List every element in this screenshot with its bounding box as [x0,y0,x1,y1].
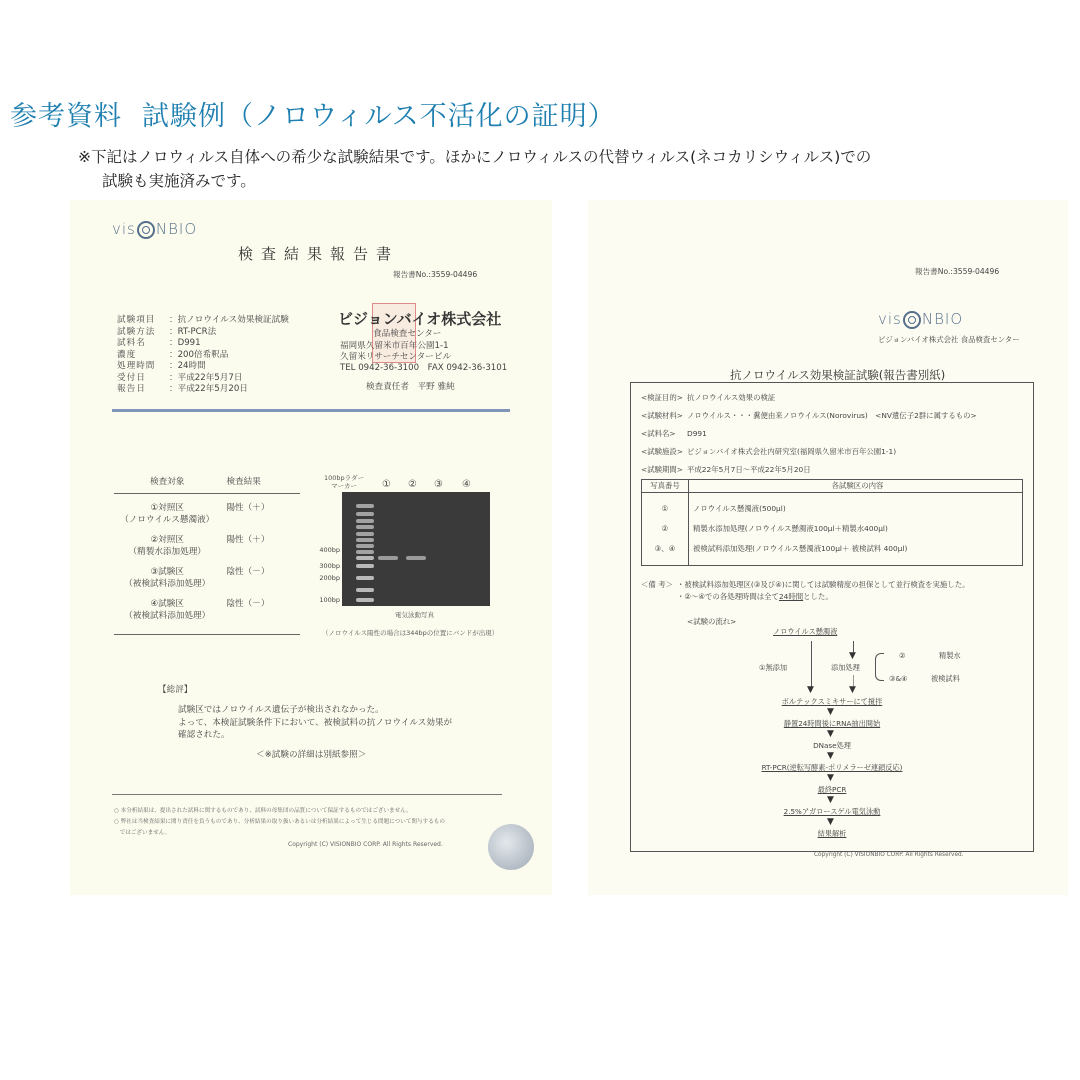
summary-heading: 【総評】 [158,684,192,697]
arrow-down-icon: ▼ [827,817,834,827]
lane-label: ① [382,479,391,490]
ladder-band [356,538,374,542]
table-row: ②対照区（精製水添加処理）陽性（＋） [114,534,300,558]
info-key: <試験施設> [641,443,687,461]
field-key: 報告日 [117,384,169,396]
photo-no: ① [642,499,689,519]
remarks-label: ＜備 考＞ [641,579,677,591]
field-value: ：200倍希釈品 [169,350,228,360]
row-result: 陰性（－） [220,598,300,622]
table-bottom-rule [114,634,300,635]
row-result: 陰性（－） [220,566,300,590]
target-sub: （精製水添加処理） [114,546,220,558]
brace-item-label-2: 被検試料 [931,674,960,684]
info-value: 抗ノロウイルス効果の検証 [687,393,775,402]
company-address-1: 福岡県久留米市百年公園1-1 [340,341,449,353]
ladder-band [356,525,374,529]
ladder-band [356,512,374,516]
visionbio-logo: visNBIO [878,310,963,329]
header-target: 検査対象 [114,475,220,487]
remarks: ＜備 考＞・被検試料添加処理区(③及び④)に関しては試験精度の担保として並行検査… [641,579,969,603]
header-photo-no: 写真番号 [642,480,689,492]
flow-branch-no-addition: ①無添加 [759,663,787,673]
company-name: ビジョンバイオ株式会社 [338,308,501,329]
appendix-title: 抗ノロウイルス効果検証試験(報告書別紙) [730,367,945,383]
info-key: <検証目的> [641,389,687,407]
title-subject: 試験例（ノロウィルス不活化の証明） [142,101,616,132]
report-appendix-document: 報告書No.:3559-04496 visNBIO ビジョンバイオ株式会社 食品… [588,200,1068,895]
table-row: ③、④被検試料添加処理(ノロウイルス懸濁液100μl＋ 被検試料 400μl) [642,539,1022,559]
photo-content: 被検試料添加処理(ノロウイルス懸濁液100μl＋ 被検試料 400μl) [689,539,1022,559]
arrow-down-icon: ▼ [827,751,834,761]
arrow-down-icon: ▼ [849,685,856,695]
target-sub: （ノロウイルス懸濁液） [114,514,220,526]
info-value: ノロウイルス・・・糞便由来ノロウイルス(Norovirus) <NV遺伝子2群に… [687,411,977,420]
lane-label: ③ [434,479,443,490]
table-row: ①対照区（ノロウイルス懸濁液）陽性（＋） [114,502,300,526]
brace-item-no-1: ② [899,651,905,660]
flow-start: ノロウイルス懸濁液 [773,627,837,637]
arrow-down-icon: ▼ [827,707,834,717]
remarks-duration: 24時間 [779,592,803,601]
detail-reference: ＜※試験の詳細は別紙参照＞ [256,749,366,762]
hologram-seal [488,824,534,870]
disclaimers: ○ 本分析結果は、提出された試料に関するものであり、試料の母集団の品質について保… [114,806,445,839]
arrow-down-icon: ▼ [827,729,834,739]
ladder-band [356,532,374,536]
sample-band [406,556,426,560]
size-marker-label: 100bp [300,596,340,604]
gel-footnote: （ノロウイルス陽性の場合は344bpの位置にバンドが出現） [322,628,498,637]
gel-caption: 電気泳動写真 [395,610,434,619]
flow-step: 静置24時間後にRNA抽出開始 [631,719,1033,729]
results-table-header: 検査対象 検査結果 [114,475,300,494]
info-row: <試験施設>ビジョンバイオ株式会社内研究室(福岡県久留米市百年公園1-1) [641,443,977,461]
field-value: ：D991 [169,338,201,348]
disclaimer-3: ではございません。 [114,828,445,839]
footer-divider [112,794,502,795]
flow-step: RT-PCR(逆転写酵素-ポリメラーゼ連鎖反応) [631,763,1033,773]
summary-body: 試験区ではノロウイルス遺伝子が検出されなかった。 よって、本検証試験条件下におい… [178,704,452,742]
flow-step-label: RT-PCR(逆転写酵素-ポリメラーゼ連鎖反応) [762,763,903,772]
flow-step: 2.5%アガロースゲル電気泳動 [631,807,1033,817]
visionbio-logo: visNBIO [112,220,197,239]
report-number: 報告書No.:3559-04496 [393,269,477,280]
field-value: ：RT-PCR法 [169,327,216,337]
flow-step: ボルテックスミキサーにて撹拌 [631,697,1033,707]
company-tel-fax: TEL 0942-36-3100 FAX 0942-36-3101 [340,363,507,375]
info-row: <検証目的>抗ノロウイルス効果の検証 [641,389,977,407]
size-marker-label: 300bp [300,562,340,570]
field-key: 試料名 [117,338,169,350]
size-marker-label: 200bp [300,574,340,582]
ladder-label: 100bpラダー マーカー [324,474,364,490]
row-result: 陽性（＋） [220,534,300,558]
ladder-band [356,598,374,602]
info-key: <試料名> [641,425,687,443]
arrow-down-icon: ▼ [827,795,834,805]
target-label: ③試験区 [114,566,220,578]
report-number: 報告書No.:3559-04496 [915,266,999,277]
ladder-band [356,564,374,568]
remarks-line-2-end: とした。 [803,592,833,601]
photo-table-header: 写真番号 各試験区の内容 [642,480,1022,493]
field-value: ：24時間 [169,361,206,371]
brace [875,653,884,681]
intro-note: ※下記はノロウィルス自体への希少な試験結果です。ほかにノロウィルスの代替ウィルス… [78,145,871,193]
test-report-document: visNBIO 検査結果報告書 報告書No.:3559-04496 試験項目：抗… [70,200,552,895]
note-line-1: ※下記はノロウィルス自体への希少な試験結果です。ほかにノロウィルスの代替ウィルス… [78,145,871,169]
copyright: Copyright (C) VISIONBIO CORP. All Rights… [288,841,443,848]
title-label: 参考資料 [10,101,122,132]
flow-step-label: DNase処理 [813,741,851,750]
ladder-band [356,588,374,592]
field-key: 受付日 [117,373,169,385]
ladder-band [356,576,374,580]
field-key: 濃度 [117,350,169,362]
row-result: 陽性（＋） [220,502,300,526]
info-key: <試験期間> [641,461,687,479]
info-value: 平成22年5月7日～平成22年5月20日 [687,465,811,474]
ladder-band [356,550,374,554]
ladder-label-line2: マーカー [324,482,364,490]
ladder-band [356,504,374,508]
table-row: ②精製水添加処理(ノロウイルス懸濁液100μl＋精製水400μl) [642,519,1022,539]
field-key: 処理時間 [117,361,169,373]
target-sub: （被検試料添加処理） [114,610,220,622]
ladder-band [356,519,374,523]
flow-step-label: 2.5%アガロースゲル電気泳動 [784,807,881,816]
brace-item-no-2: ③&④ [889,674,908,683]
flow-step-label: 結果解析 [818,829,847,838]
brace-item-label-1: 精製水 [939,651,961,661]
copyright: Copyright (C) VISIONBIO CORP. All Rights… [814,852,964,858]
flow-step-label: 静置24時間後にRNA抽出開始 [784,719,880,728]
header-result: 検査結果 [220,475,300,487]
test-field: 試験項目：抗ノロウイルス効果検証試験 [117,315,289,327]
flow-step-label: 最終PCR [818,785,847,794]
test-fields: 試験項目：抗ノロウイルス効果検証試験試験方法：RT-PCR法試料名：D991濃度… [117,315,289,396]
test-field: 処理時間：24時間 [117,361,289,373]
sample-band [378,556,398,560]
ladder-label-line1: 100bpラダー [324,474,364,482]
disclaimer-1: ○ 本分析結果は、提出された試料に関するものであり、試料の母集団の品質について保… [114,806,445,817]
remarks-line-1: ・被検試料添加処理区(③及び④)に関しては試験精度の担保として並行検査を実施した… [677,580,969,589]
header-content: 各試験区の内容 [689,480,1022,492]
photo-no: ② [642,519,689,539]
table-row: ④試験区（被検試料添加処理）陰性（－） [114,598,300,622]
note-line-2: 試験も実施済みです。 [78,169,871,193]
field-value: ：平成22年5月20日 [169,384,248,394]
table-row: ③試験区（被検試料添加処理）陰性（－） [114,566,300,590]
flow-step: 最終PCR [631,785,1033,795]
arrow-down-icon: ▼ [827,773,834,783]
company-dept: 食品検査センター [373,329,441,341]
remarks-line-2: ・②～④での各処理時間は全て [677,592,779,601]
test-field: 報告日：平成22年5月20日 [117,384,289,396]
test-field: 濃度：200倍希釈品 [117,350,289,362]
test-info-list: <検証目的>抗ノロウイルス効果の検証<試験材料>ノロウイルス・・・糞便由来ノロウ… [641,389,977,479]
target-sub: （被検試料添加処理） [114,578,220,590]
row-target: ③試験区（被検試料添加処理） [114,566,220,590]
photo-no: ③、④ [642,539,689,559]
field-key: 試験方法 [117,327,169,339]
test-field: 試料名：D991 [117,338,289,350]
info-value: ビジョンバイオ株式会社内研究室(福岡県久留米市百年公園1-1) [687,447,896,456]
row-target: ①対照区（ノロウイルス懸濁液） [114,502,220,526]
info-row: <試験材料>ノロウイルス・・・糞便由来ノロウイルス(Norovirus) <NV… [641,407,977,425]
test-field: 試験方法：RT-PCR法 [117,327,289,339]
flow-step-label: ボルテックスミキサーにて撹拌 [782,697,883,706]
section-divider [112,409,510,412]
info-row: <試験期間>平成22年5月7日～平成22年5月20日 [641,461,977,479]
photo-content: ノロウイルス懸濁液(500μl) [689,499,1022,519]
logo-swirl-icon [903,311,921,329]
results-table: 検査対象 検査結果 ①対照区（ノロウイルス懸濁液）陽性（＋）②対照区（精製水添加… [114,475,300,635]
summary-line-1: 試験区ではノロウイルス遺伝子が検出されなかった。 [178,704,452,717]
table-row: ①ノロウイルス懸濁液(500μl) [642,499,1022,519]
info-row: <試料名>D991 [641,425,977,443]
row-target: ②対照区（精製水添加処理） [114,534,220,558]
field-value: ：平成22年5月7日 [169,373,242,383]
disclaimer-2: ○ 弊社は当検査結果に関り責任を負うものであり、分析結果の取り扱いあるいは分析結… [114,817,445,828]
arrow-down-icon: ▼ [849,651,856,661]
electrophoresis-gel-image [342,492,490,606]
company-address-2: 久留米リサーチセンタービル [340,352,451,364]
target-label: ①対照区 [114,502,220,514]
flow-step: 結果解析 [631,829,1033,839]
summary-line-2: よって、本検証試験条件下において、被検試料の抗ノロウイルス効果が [178,717,452,730]
page-title: 参考資料試験例（ノロウィルス不活化の証明） [10,94,616,133]
flow-line-left [811,641,812,691]
test-field: 受付日：平成22年5月7日 [117,373,289,385]
info-value: D991 [687,429,707,438]
document-title: 検査結果報告書 [238,243,399,264]
logo-swirl-icon [137,221,155,239]
target-label: ④試験区 [114,598,220,610]
photo-content: 精製水添加処理(ノロウイルス懸濁液100μl＋精製水400μl) [689,519,1022,539]
appendix-content-box: <検証目的>抗ノロウイルス効果の検証<試験材料>ノロウイルス・・・糞便由来ノロウ… [630,382,1034,852]
inspector: 検査責任者 平野 雅純 [366,382,455,394]
photo-table: 写真番号 各試験区の内容 ①ノロウイルス懸濁液(500μl)②精製水添加処理(ノ… [641,479,1023,566]
lane-label: ④ [462,479,471,490]
flow-heading: <試験の流れ> [687,613,736,631]
field-value: ：抗ノロウイルス効果検証試験 [169,315,289,325]
arrow-down-icon: ▼ [807,685,814,695]
row-target: ④試験区（被検試料添加処理） [114,598,220,622]
field-key: 試験項目 [117,315,169,327]
size-marker-label: 400bp [300,546,340,554]
target-label: ②対照区 [114,534,220,546]
flow-branch-addition: 添加処理 [831,663,860,673]
ladder-band [356,544,374,548]
lane-label: ② [408,479,417,490]
company-line: ビジョンバイオ株式会社 食品検査センター [878,334,1020,345]
flow-step: DNase処理 [631,741,1033,751]
flow-start-label: ノロウイルス懸濁液 [773,627,837,636]
ladder-band [356,556,374,560]
info-key: <試験材料> [641,407,687,425]
summary-line-3: 確認された。 [178,729,452,742]
